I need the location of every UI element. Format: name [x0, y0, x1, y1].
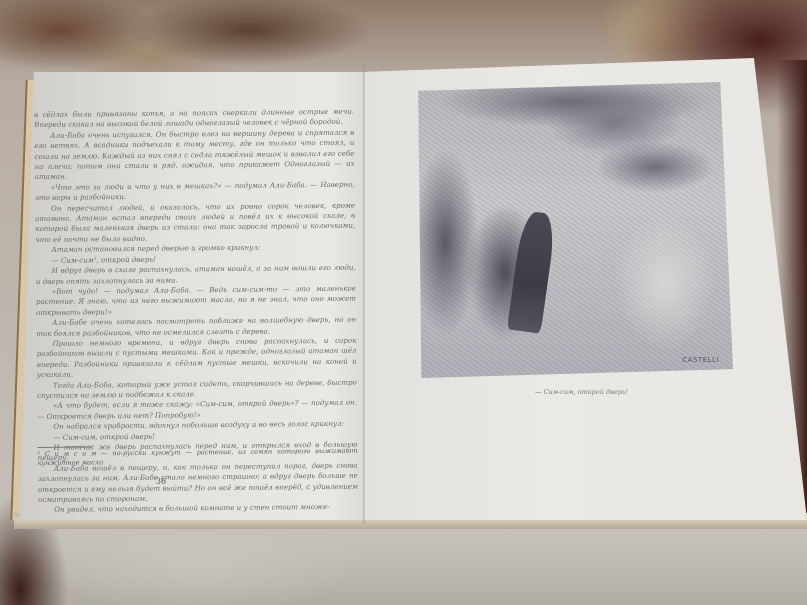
page-number: 36 — [156, 477, 166, 488]
story-text: в сёдлах были привязаны копья, а на пояс… — [34, 107, 358, 516]
footnote: ¹ С и м с и м — по-русски кунжут — расте… — [38, 447, 358, 469]
paragraph: «Вот чудо! — подумал Али-Баба. — Ведь си… — [36, 284, 356, 319]
paragraph: Али-Баба очень испугался. Он быстро влез… — [34, 127, 355, 182]
artist-signature: CASTELLI — [682, 356, 719, 364]
paragraph: Прошло немного времени, и вдруг дверь сн… — [36, 336, 356, 381]
open-book: в сёдлах были привязаны копья, а на пояс… — [14, 58, 807, 533]
ali-baba-figure — [507, 210, 557, 334]
paragraph: Он пересчитал людей, и оказалось, что их… — [35, 200, 355, 245]
engraving-illustration: CASTELLI — [415, 82, 733, 378]
paragraph: Он увидел, что находится в большой комна… — [38, 502, 358, 516]
left-page: в сёдлах были привязаны копья, а на пояс… — [20, 72, 365, 520]
illustration-caption: — Сим-сим, открой дверь! — [535, 388, 628, 396]
right-page: CASTELLI — Сим-сим, открой дверь! — [365, 58, 807, 520]
